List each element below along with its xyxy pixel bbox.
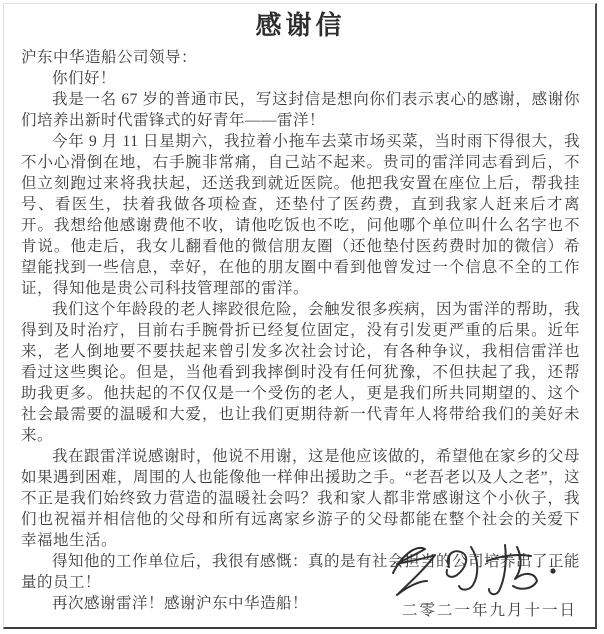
letter-paragraph: 我在跟雷洋说感谢时，他说不用谢，这是他应该做的，希望他在家乡的父母如果遇到困难，… (21, 446, 580, 551)
signature-strokes (387, 539, 583, 603)
handwritten-signature (387, 539, 583, 603)
letter-page: 感谢信 沪东中华造船公司领导： 你们好！ 我是一名 67 岁的普通市民，写这封信… (3, 3, 597, 629)
letter-title: 感谢信 (21, 10, 580, 42)
letter-paragraph: 你们好！ (21, 68, 580, 89)
letter-paragraph: 我是一名 67 岁的普通市民，写这封信是想向你们表示衷心的感谢，感谢你们培养出新… (21, 89, 580, 131)
salutation: 沪东中华造船公司领导： (21, 47, 580, 68)
letter-paragraph: 今年 9 月 11 日星期六，我拉着小拖车去菜市场买菜，当时雨下得很大，我不小心… (21, 131, 580, 299)
letter-body: 沪东中华造船公司领导： 你们好！ 我是一名 67 岁的普通市民，写这封信是想向你… (21, 47, 580, 614)
letter-paragraph: 我们这个年龄段的老人摔跤很危险，会触发很多疾病，因为雷洋的帮助，我得到及时治疗，… (21, 299, 580, 446)
letter-date: 二零二一年九月十一日 (402, 601, 577, 621)
